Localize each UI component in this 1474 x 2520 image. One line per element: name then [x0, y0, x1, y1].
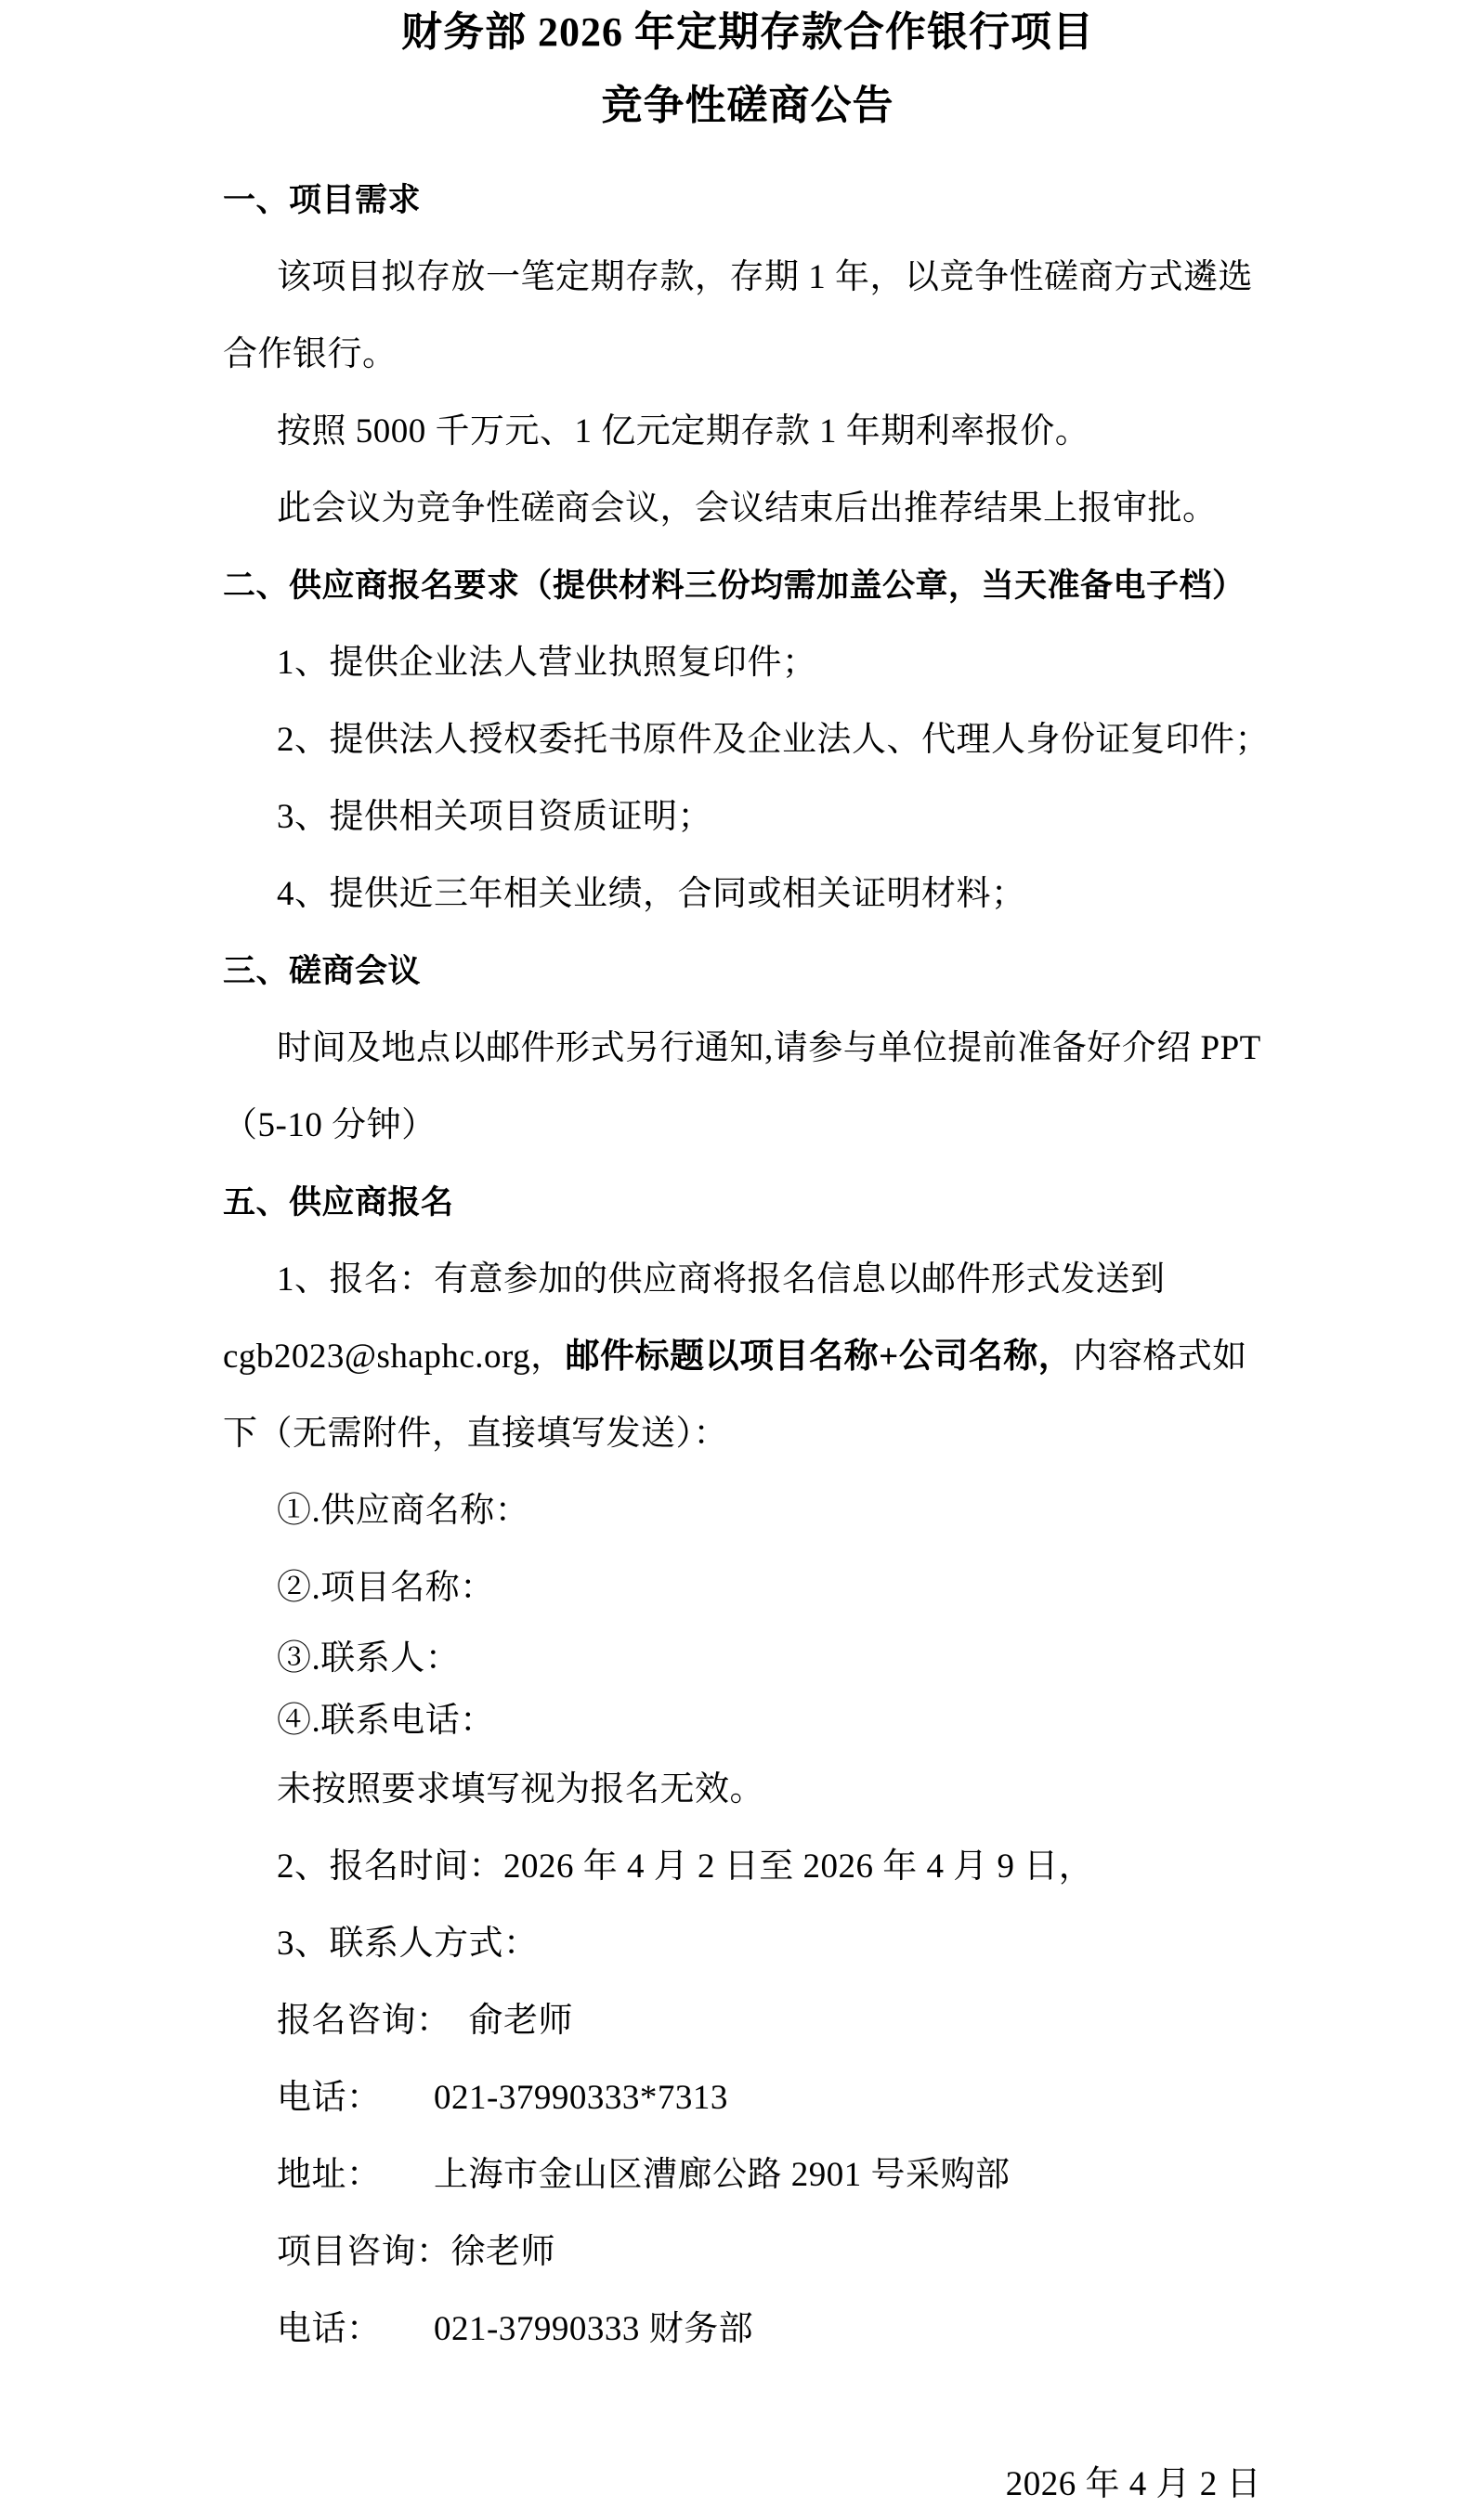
doc-line: 电话： 021-37990333 财务部: [223, 2291, 1272, 2368]
section-heading: 五、供应商报名: [223, 1164, 1272, 1241]
doc-line: 未按照要求填写视为报名无效。: [223, 1751, 1272, 1828]
doc-line: 时间及地点以邮件形式另行通知,请参与单位提前准备好介绍 PPT: [223, 1010, 1272, 1087]
doc-date: 2026 年 4 月 2 日: [223, 2446, 1272, 2520]
doc-line: 报名咨询： 俞老师: [223, 1982, 1272, 2059]
doc-line: 合作银行。: [223, 316, 1272, 393]
doc-line: 此会议为竞争性磋商会议，会议结束后出推荐结果上报审批。: [223, 470, 1272, 547]
announcement-document: 财务部 2026 年定期存款合作银行项目竞争性磋商公告一、项目需求该项目拟存放一…: [223, 0, 1272, 2520]
doc-line: ④.联系电话：: [223, 1691, 1272, 1751]
doc-line: ①.供应商名称：: [223, 1472, 1272, 1549]
section-heading: 三、磋商会议: [223, 933, 1272, 1010]
doc-line: （5-10 分钟）: [223, 1087, 1272, 1164]
email-address: cgb2023@shaphc.org，: [223, 1338, 566, 1376]
section-heading: 一、项目需求: [223, 162, 1272, 239]
doc-text: 内容格式如: [1073, 1338, 1247, 1376]
doc-line: 3、提供相关项目资质证明；: [223, 778, 1272, 855]
doc-line: 4、提供近三年相关业绩，合同或相关证明材料；: [223, 855, 1272, 933]
doc-line: 地址： 上海市金山区漕廊公路 2901 号采购部: [223, 2136, 1272, 2213]
doc-line: 1、提供企业法人营业执照复印件；: [223, 624, 1272, 701]
doc-line: 2、报名时间：2026 年 4 月 2 日至 2026 年 4 月 9 日，: [223, 1828, 1272, 1905]
doc-line: 1、报名：有意参加的供应商将报名信息以邮件形式发送到: [223, 1241, 1272, 1318]
doc-line: 3、联系人方式：: [223, 1905, 1272, 1982]
doc-line: 项目咨询：徐老师: [223, 2213, 1272, 2291]
doc-subtitle: 竞争性磋商公告: [223, 65, 1272, 147]
doc-line: 该项目拟存放一笔定期存款，存期 1 年，以竞争性磋商方式遴选: [223, 239, 1272, 316]
doc-line: 2、提供法人授权委托书原件及企业法人、代理人身份证复印件；: [223, 701, 1272, 778]
doc-line: cgb2023@shaphc.org，邮件标题以项目名称+公司名称，内容格式如: [223, 1318, 1272, 1395]
doc-line: 电话： 021-37990333*7313: [223, 2059, 1272, 2136]
emphasis-text: 邮件标题以项目名称+公司名称，: [566, 1338, 1074, 1376]
doc-line: 下（无需附件，直接填写发送）：: [223, 1395, 1272, 1472]
doc-line: 按照 5000 千万元、1 亿元定期存款 1 年期利率报价。: [223, 393, 1272, 470]
document-page: 财务部 2026 年定期存款合作银行项目竞争性磋商公告一、项目需求该项目拟存放一…: [0, 0, 1474, 2520]
doc-title: 财务部 2026 年定期存款合作银行项目: [223, 0, 1272, 65]
doc-line: ②.项目名称：: [223, 1549, 1272, 1626]
doc-line: ③.联系人：: [223, 1626, 1272, 1691]
section-heading: 二、供应商报名要求（提供材料三份均需加盖公章，当天准备电子档）: [223, 547, 1272, 624]
